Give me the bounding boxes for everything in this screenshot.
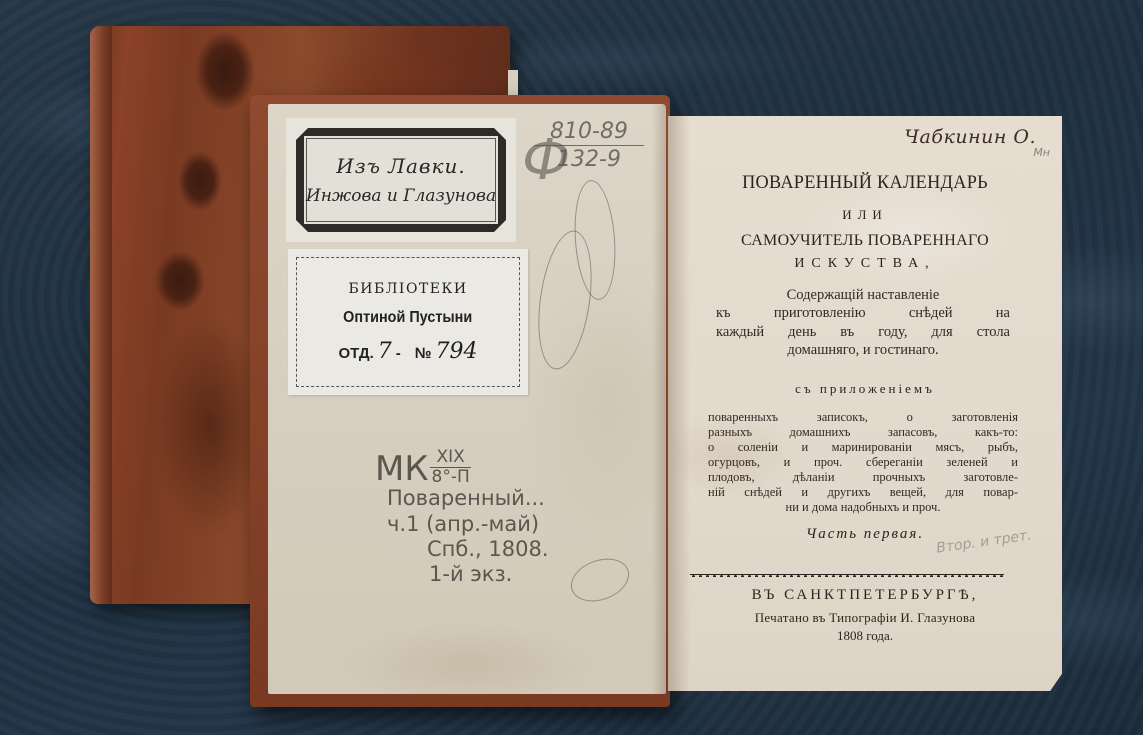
library-bookplate-frame: БИБЛIОТЕКИ Оптиной Пустыни ОТД. 7 - № 79… [296, 257, 520, 387]
description-line: каждый день въ году, для стола [716, 323, 1010, 341]
bookseller-label: Изъ Лавки. Инжова и Глазунова [286, 118, 516, 242]
catalog-line-copy: 1-й экз. [429, 562, 549, 587]
appendix-text: поваренныхъ записокъ, о заготовленія раз… [708, 410, 1018, 515]
shelf-mark-bottom: 132-9 [534, 148, 644, 171]
book-description: Содержащій наставленіе къ приготовленію … [716, 286, 1010, 360]
book-subtitle: САМОУЧИТЕЛЬ ПОВАРЕННАГО [668, 232, 1062, 250]
catalog-line-part: ч.1 (апр.-май) [387, 512, 549, 537]
dotted-divider [690, 574, 1004, 577]
description-line: Содержащій наставленіе [716, 286, 1010, 304]
pencil-catalog-note: МК XIX 8°-П Поваренный... ч.1 (апр.-май)… [355, 448, 549, 587]
dept-dash: - [396, 345, 401, 362]
imprint-printer: Печатано въ Типографіи И. Глазунова [668, 610, 1062, 626]
appendix-line: огурцовъ, и проч. сбереганіи зеленей и [708, 455, 1018, 470]
gutter-shadow [652, 104, 666, 694]
title-page-fold-shadow [668, 116, 690, 691]
description-line: къ приготовленію снѣдей на [716, 304, 1010, 322]
title-page: Чабкинин О. Мн ПОВАРЕННЫЙ КАЛЕНДАРЬ ИЛИ … [668, 116, 1062, 691]
catalog-line-place-year: Спб., 1808. [427, 537, 549, 562]
library-bookplate: БИБЛIОТЕКИ Оптиной Пустыни ОТД. 7 - № 79… [288, 249, 528, 395]
appendix-line: о соленіи и маринированіи мясъ, рыбъ, [708, 440, 1018, 455]
library-name: Оптиной Пустыни [343, 309, 472, 327]
imprint-year: 1808 года. [668, 628, 1062, 644]
catalog-code-top: XIX [430, 448, 470, 468]
bookseller-label-frame: Изъ Лавки. Инжова и Глазунова [296, 128, 506, 232]
appendix-line: плодовъ, дѣланіи прочныхъ заготовле- [708, 470, 1018, 485]
shelf-mark-rule [534, 145, 644, 146]
number-value: 794 [436, 339, 478, 364]
pencil-shelf-mark: 810-89 132-9 [534, 120, 644, 171]
bookseller-label-line1: Изъ Лавки. [336, 154, 465, 178]
appendix-line: ній снѣдей и другихъ вещей, для повар- [708, 485, 1018, 500]
with-appendix-heading: съ приложеніемъ [668, 381, 1062, 397]
shelf-mark-top: 810-89 [534, 120, 644, 143]
owner-signature: Чабкинин О. [904, 126, 1036, 148]
imprint-city: ВЪ САНКТПЕТЕРБУРГѢ, [668, 587, 1062, 604]
catalog-code: МК XIX 8°-П [375, 448, 549, 486]
appendix-line: поваренныхъ записокъ, о заготовленія [708, 410, 1018, 425]
catalog-line-title: Поваренный... [387, 486, 549, 511]
catalog-code-prefix: МК [375, 452, 428, 486]
catalog-code-bottom: 8°-П [432, 468, 470, 487]
number-prefix: № [415, 345, 432, 362]
description-line: домашняго, и гостинаго. [716, 341, 1010, 359]
book-title-or: ИЛИ [668, 207, 1062, 223]
dept-value: 7 [378, 339, 392, 364]
book-title: ПОВАРЕННЫЙ КАЛЕНДАРЬ [676, 172, 1054, 194]
library-title: БИБЛIОТЕКИ [348, 281, 467, 297]
book-subtitle-cont: ИСКУСТВА, [668, 256, 1062, 272]
owner-signature-sub: Мн [1033, 146, 1050, 159]
appendix-line: разныхъ домашнихъ запасовъ, какъ-то: [708, 425, 1018, 440]
appendix-line: ни и дома надобныхъ и проч. [708, 500, 1018, 515]
dept-prefix: ОТД. [338, 345, 373, 362]
catalog-code-fraction: XIX 8°-П [430, 448, 470, 486]
bookseller-label-line2: Инжова и Глазунова [306, 186, 496, 206]
back-book-spine [90, 26, 112, 604]
library-shelf-number: ОТД. 7 - № 794 [338, 339, 477, 364]
